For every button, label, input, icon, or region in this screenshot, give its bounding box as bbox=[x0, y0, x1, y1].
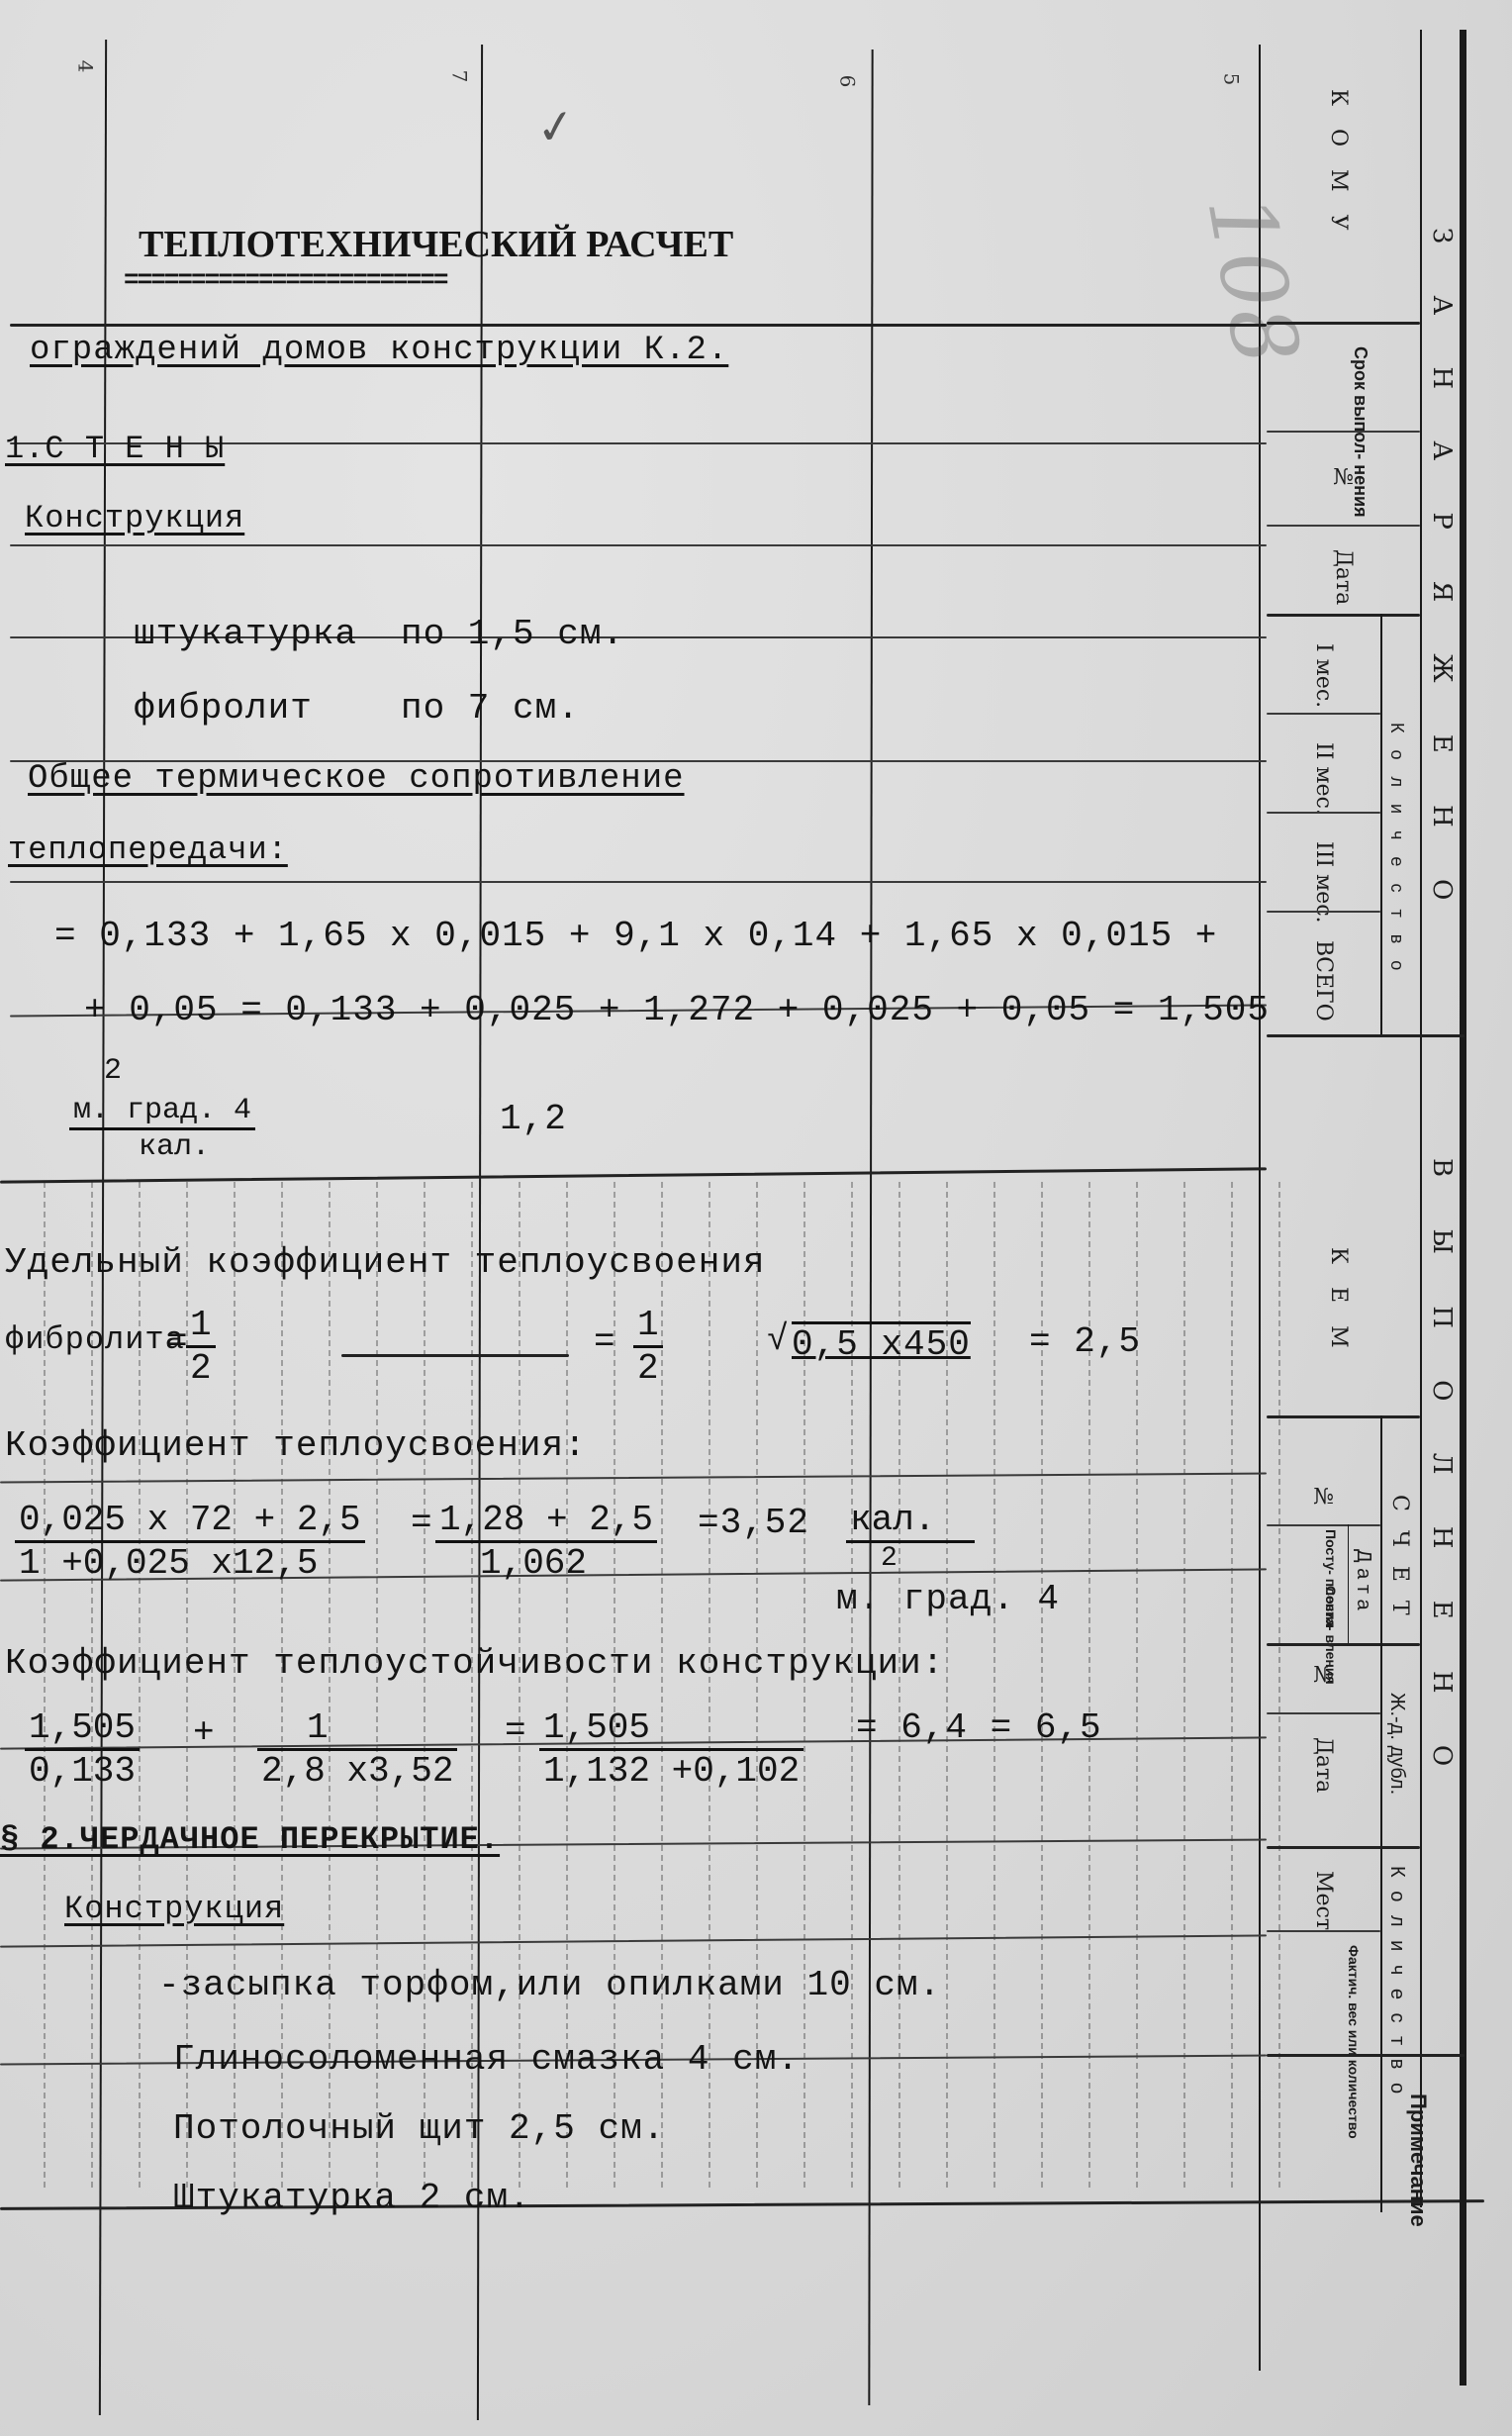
equals-sign: = bbox=[505, 1710, 527, 1751]
equals-sign: = bbox=[411, 1503, 433, 1543]
document-title: ТЕПЛОТЕХНИЧЕСКИЙ РАСЧЕТ bbox=[139, 223, 733, 266]
vsego-label: ВСЕГО bbox=[1311, 940, 1336, 1022]
title-underline: ======================== bbox=[124, 265, 446, 295]
cell-divider bbox=[1267, 322, 1420, 325]
section2-construction-label: Конструкция bbox=[64, 1891, 284, 1927]
column-number: 6 bbox=[835, 75, 859, 88]
row-line bbox=[10, 544, 1267, 546]
resistance-heading: Общее термическое сопротивление bbox=[28, 760, 685, 798]
formula-line-2: + 0,05 = 0,133 + 0,025 + 1,272 + 0,025 +… bbox=[84, 990, 1270, 1030]
unit-fraction: м. град. 4 кал. bbox=[69, 1094, 255, 1164]
cell-divider bbox=[1267, 1930, 1380, 1932]
sqrt-result: = 2,5 bbox=[1029, 1321, 1141, 1362]
cell-divider bbox=[1267, 1524, 1380, 1526]
stability-result: = 6,4 = 6,5 bbox=[856, 1707, 1102, 1748]
fraction-half-2: 1 2 bbox=[633, 1305, 663, 1389]
denominator: 1,132 +0,102 bbox=[539, 1751, 803, 1792]
cell-divider bbox=[1267, 1846, 1420, 1849]
section2-layer: -засыпка торфом,или опилками 10 см. bbox=[158, 1965, 941, 2005]
unit-numerator: м. град. 4 bbox=[69, 1094, 255, 1130]
section2-layer: Штукатурка 2 см. bbox=[173, 2178, 531, 2218]
section-divider bbox=[1267, 1034, 1465, 1037]
plus-sign: + bbox=[193, 1712, 216, 1753]
layer-name: фибролит bbox=[134, 688, 313, 729]
specific-absorption-heading: Удельный коэффициент теплоусвоения bbox=[5, 1242, 766, 1283]
cell-divider bbox=[1267, 525, 1420, 527]
komu-label: К О М У bbox=[1326, 89, 1351, 238]
document-subtitle: ограждений домов конструкции К.2. bbox=[30, 332, 728, 369]
min-value: 1,2 bbox=[500, 1099, 567, 1139]
fraction-denominator: 2 bbox=[633, 1348, 663, 1389]
schet-nomer-label: № bbox=[1311, 1485, 1336, 1510]
cell-divider bbox=[1267, 911, 1380, 913]
section1-construction-label: Конструкция bbox=[25, 500, 244, 536]
fraction-numerator: 1 bbox=[633, 1305, 663, 1348]
stability-heading: Коэффициент теплоустойчивости конструкци… bbox=[5, 1643, 944, 1684]
zhd-dubl-label: Ж.-д. дубл. bbox=[1387, 1693, 1407, 1795]
faktich-label: Фактич. вес или количество bbox=[1294, 1945, 1364, 2054]
outer-border bbox=[1460, 30, 1466, 2386]
schet-data-label: Д а т а bbox=[1354, 1549, 1373, 1610]
sqrt-symbol: √ bbox=[767, 1319, 790, 1360]
column-line bbox=[1259, 45, 1261, 2371]
stability-fraction-3: 1,505 1,132 +0,102 bbox=[539, 1707, 803, 1792]
denominator: 1 +0,025 x12,5 bbox=[15, 1543, 365, 1584]
unit-denominator: кал. bbox=[69, 1130, 255, 1164]
zhd-divider bbox=[1380, 1643, 1382, 2212]
month-1-label: I мес. bbox=[1311, 643, 1336, 708]
formula-line-1: = 0,133 + 1,65 x 0,015 + 9,1 x 0,14 + 1,… bbox=[54, 916, 1217, 956]
section2-layer: Глиносоломенная смазка 4 см. bbox=[173, 2039, 800, 2080]
stability-fraction-2: 1 2,8 x3,52 bbox=[257, 1707, 457, 1792]
sqrt-expression: 0,5 x450 bbox=[792, 1321, 971, 1365]
cell-divider bbox=[1267, 1643, 1420, 1646]
numerator: 1 bbox=[257, 1707, 457, 1751]
row-line bbox=[10, 881, 1267, 883]
absorption-heading: Коэффициент теплоусвоения: bbox=[5, 1425, 587, 1466]
zhd-nomer-label: № bbox=[1311, 1663, 1336, 1688]
zanaryazheno-label: З А Н А Р Я Ж Е Н О bbox=[1427, 228, 1457, 922]
blank-fraction-line bbox=[341, 1354, 569, 1357]
numerator: 1,505 bbox=[25, 1707, 140, 1751]
absorption-unit-2: м. град. 4 bbox=[836, 1579, 1060, 1619]
data-label: Дата bbox=[1331, 549, 1356, 605]
inner-border bbox=[1420, 30, 1422, 2207]
cell-divider bbox=[1267, 614, 1420, 617]
resistance-heading-2: теплопередачи: bbox=[8, 831, 288, 868]
fibrolite-label: фибролита bbox=[5, 1321, 185, 1358]
primechanie-label: Примечание bbox=[1405, 2094, 1431, 2227]
cell-divider bbox=[1267, 431, 1420, 433]
fraction-numerator: 1 bbox=[186, 1305, 216, 1348]
column-number: 5 bbox=[1219, 73, 1243, 86]
section1-heading: 1.С Т Е Н Ы bbox=[5, 431, 225, 467]
absorption-fraction-1: 0,025 x 72 + 2,5 1 +0,025 x12,5 bbox=[15, 1500, 365, 1584]
stability-fraction-1: 1,505 0,133 bbox=[25, 1707, 140, 1792]
column-number: 7 bbox=[447, 70, 471, 83]
data-divider bbox=[1348, 1524, 1349, 1643]
month-2-label: II мес. bbox=[1311, 742, 1336, 816]
row-line bbox=[10, 324, 1267, 327]
kolichestvo2-label: К о л и ч е с т в о bbox=[1387, 1866, 1407, 2097]
schet-divider bbox=[1380, 1415, 1382, 1643]
fraction-denominator: 2 bbox=[186, 1348, 216, 1389]
unit-superscript: 2 bbox=[104, 1054, 123, 1088]
cell-divider bbox=[1267, 2054, 1465, 2057]
section2-layer: Потолочный щит 2,5 см. bbox=[173, 2108, 665, 2149]
form-header-strip: З А Н А Р Я Ж Е Н О К О М У Срок выпол- … bbox=[1267, 30, 1474, 2405]
numerator: 1,505 bbox=[539, 1707, 803, 1751]
equals-sign: = bbox=[594, 1321, 616, 1362]
nomer-label: № bbox=[1331, 465, 1356, 490]
layer-thickness: по 1,5 см. bbox=[401, 614, 624, 654]
cell-divider bbox=[1267, 1712, 1380, 1714]
section2-heading: § 2.ЧЕРДАЧНОЕ ПЕРЕКРЫТИЕ. bbox=[0, 1821, 500, 1858]
cell-divider bbox=[1267, 1415, 1420, 1418]
numerator: 0,025 x 72 + 2,5 bbox=[15, 1500, 365, 1543]
unit-numerator: кал. bbox=[846, 1500, 975, 1543]
mest-label: Мест bbox=[1311, 1871, 1336, 1930]
numerator: 1,28 + 2,5 bbox=[435, 1500, 657, 1543]
fraction-half: 1 2 bbox=[186, 1305, 216, 1389]
denominator: 0,133 bbox=[25, 1751, 140, 1792]
absorption-result: =3,52 bbox=[698, 1503, 809, 1543]
zhd-data-label: Дата bbox=[1311, 1737, 1336, 1793]
absorption-fraction-2: 1,28 + 2,5 1,062 bbox=[435, 1500, 657, 1584]
layer-thickness: по 7 см. bbox=[401, 688, 580, 729]
column-number: 4 bbox=[73, 60, 97, 73]
unit-denominator: 2 bbox=[846, 1543, 975, 1574]
vypolneno-label: В Ы П О Л Н Е Н О bbox=[1427, 1158, 1457, 1788]
cell-divider bbox=[1267, 713, 1380, 715]
kem-label: К Е М bbox=[1326, 1247, 1351, 1356]
denominator: 2,8 x3,52 bbox=[257, 1751, 457, 1792]
kolichestvo-divider bbox=[1380, 614, 1382, 1034]
cell-divider bbox=[1267, 812, 1380, 814]
schet-label: С Ч Е Т bbox=[1387, 1495, 1412, 1621]
absorption-unit: кал. 2 bbox=[846, 1500, 975, 1574]
layer-name: штукатурка bbox=[134, 614, 357, 654]
denominator: 1,062 bbox=[435, 1543, 657, 1584]
kolichestvo-label: К о л и ч е с т в о bbox=[1387, 723, 1407, 976]
